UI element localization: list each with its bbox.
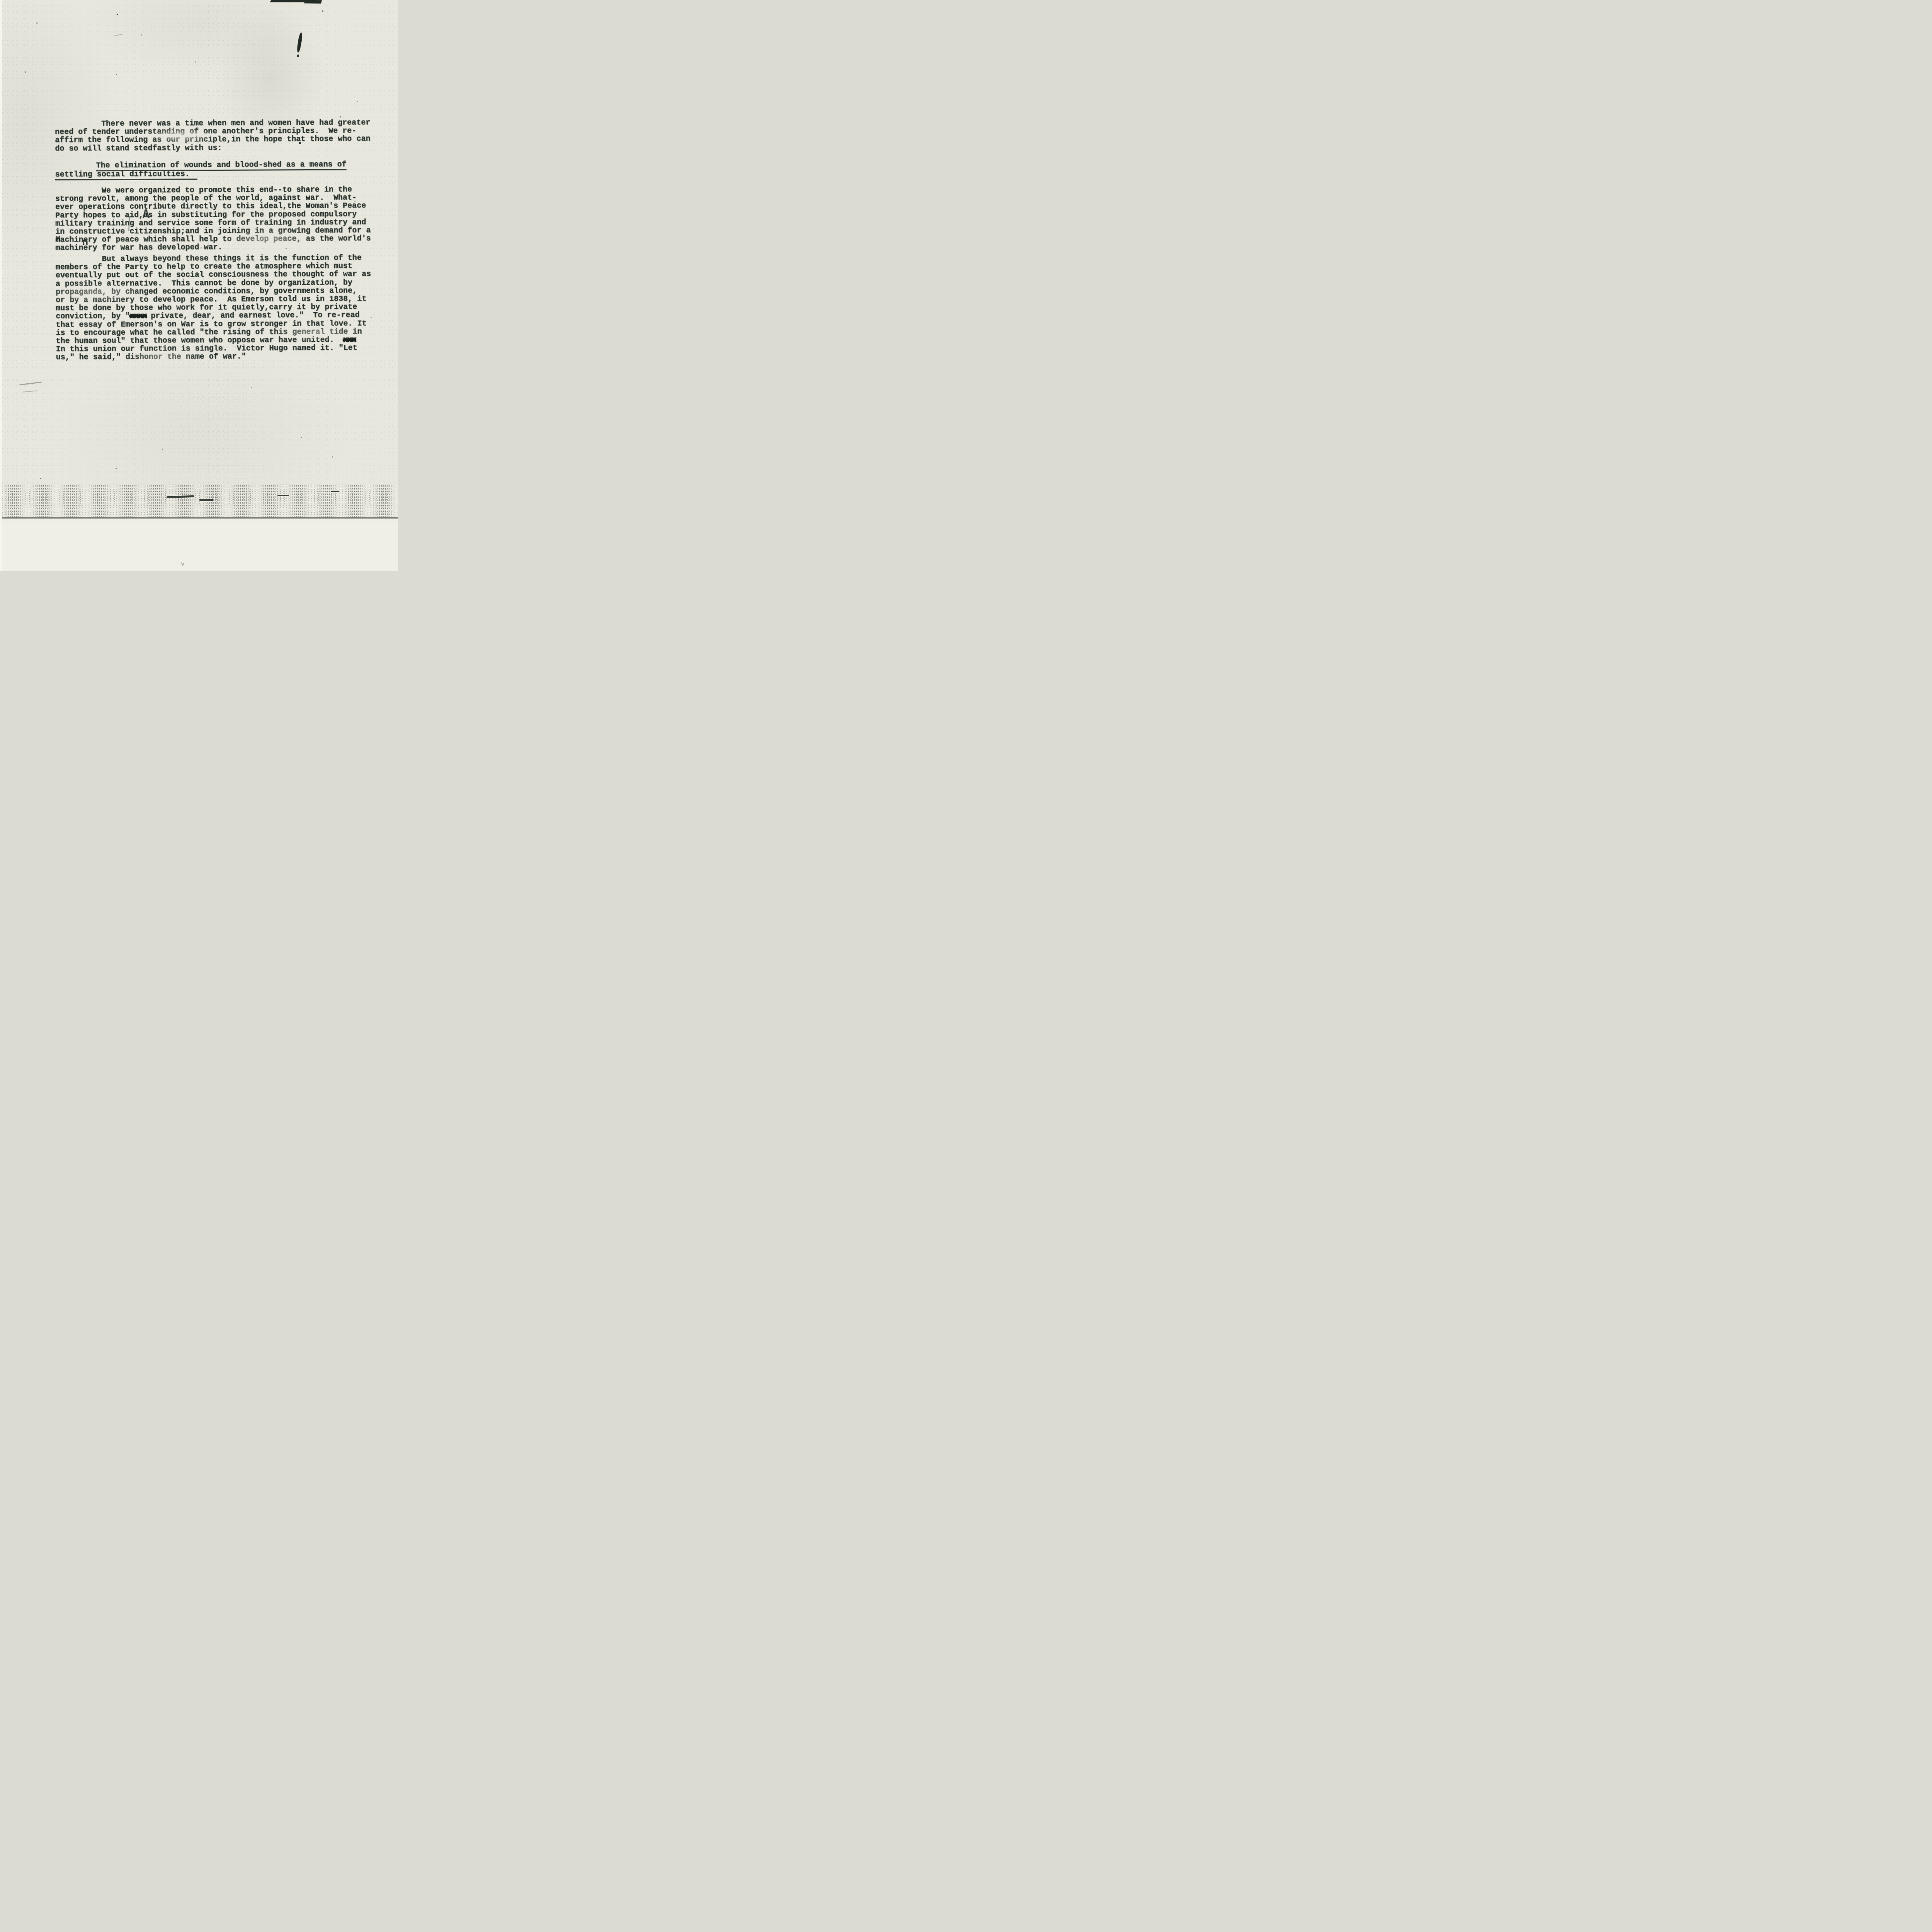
faint-check-mark: v — [180, 561, 185, 567]
paragraph-function-of-members: But always beyond these things it is the… — [56, 254, 371, 362]
paper-below-scan-edge — [0, 519, 398, 571]
pen-caret-mark: ^ — [142, 208, 150, 229]
principle-heading: The elimination of wounds and blood-shed… — [55, 161, 347, 179]
scanner-edge-strip — [0, 0, 2, 571]
typewritten-line: us," he said," dishonor the name of war.… — [56, 352, 371, 362]
pencil-margin-dash — [22, 390, 37, 392]
line-text: conviction, by " — [56, 312, 130, 321]
torn-top-edge-mark — [270, 0, 308, 2]
ink-blob — [299, 142, 301, 144]
typewritten-line: machinery for war has developed war. — [56, 243, 371, 253]
noise-band-smudge — [331, 491, 339, 492]
pencil-margin-dash — [19, 381, 42, 385]
photocopy-noise-band — [0, 485, 398, 519]
paragraph-intro: There never was a time when men and wome… — [55, 119, 371, 153]
paragraph-organized-to-promote: We were organized to promote this end--t… — [55, 185, 371, 252]
scanned-document-page: There never was a time when men and wome… — [0, 0, 398, 571]
heading-line-underlined: The elimination of wounds and blood-shed… — [96, 161, 347, 170]
faint-scan-line — [0, 522, 398, 522]
noise-band-smudge — [277, 495, 289, 496]
typed-over-strikeout: xxx — [343, 336, 356, 344]
typewritten-line: affirm the following as our principle,in… — [55, 135, 370, 145]
handwritten-correction-n: n — [82, 238, 88, 247]
typewritten-line: do so will stand stedfastly with us: — [55, 143, 370, 153]
underlined-text: settling social difficulties. — [55, 170, 197, 180]
torn-top-edge-mark — [304, 0, 322, 3]
noise-band-smudge — [199, 499, 213, 501]
ink-blob — [297, 54, 299, 57]
overstruck-capital-m: M — [56, 235, 60, 243]
typed-over-strikeout: xxxx — [129, 312, 146, 320]
